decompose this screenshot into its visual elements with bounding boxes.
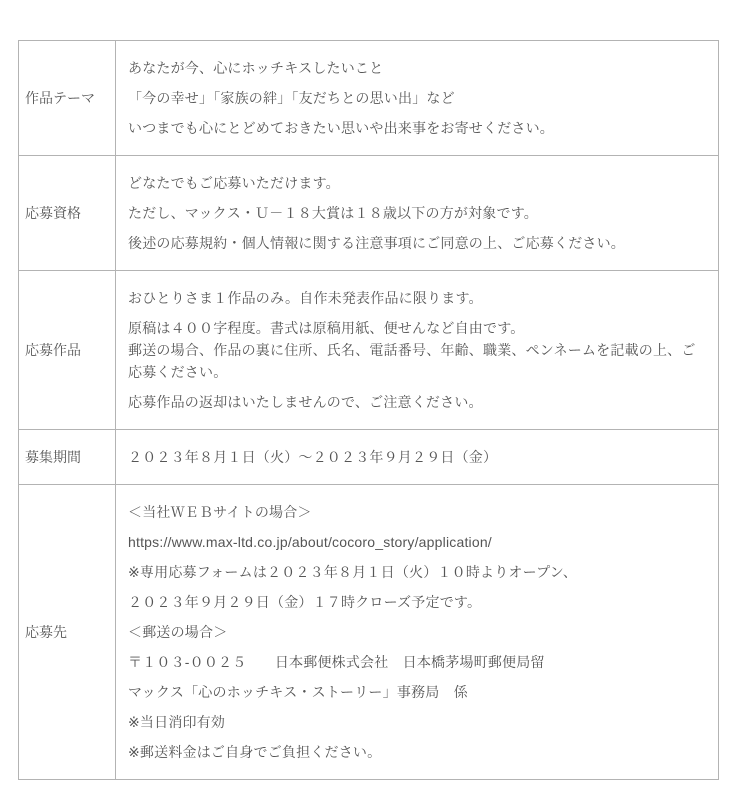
paragraph: ＜郵送の場合＞: [128, 621, 706, 643]
paragraph: おひとりさま１作品のみ。自作未発表作品に限ります。: [128, 287, 706, 309]
row-header-destination: 応募先: [19, 485, 116, 780]
application-info-table: 作品テーマ あなたが今、心にホッチキスしたいこと 「今の幸せ」「家族の絆」「友だ…: [18, 40, 719, 780]
table-row-period: 募集期間 ２０２３年８月１日（火）～２０２３年９月２９日（金）: [19, 430, 719, 485]
paragraph: ただし、マックス・Ｕ－１８大賞は１８歳以下の方が対象です。: [128, 202, 706, 224]
table-row-entry-work: 応募作品 おひとりさま１作品のみ。自作未発表作品に限ります。 原稿は４００字程度…: [19, 271, 719, 430]
table-row-destination: 応募先 ＜当社ＷＥＢサイトの場合＞ https://www.max-ltd.co…: [19, 485, 719, 780]
postal-address-line: 〒１０３-００２５ 日本郵便株式会社 日本橋茅場町郵便局留: [128, 651, 706, 673]
row-content-theme: あなたが今、心にホッチキスしたいこと 「今の幸せ」「家族の絆」「友だちとの思い出…: [116, 41, 719, 156]
paragraph: 「今の幸せ」「家族の絆」「友だちとの思い出」など: [128, 87, 706, 109]
paragraph: どなたでもご応募いただけます。: [128, 172, 706, 194]
note-line: ※郵送料金はご自身でご負担ください。: [128, 741, 706, 763]
table-row-theme: 作品テーマ あなたが今、心にホッチキスしたいこと 「今の幸せ」「家族の絆」「友だ…: [19, 41, 719, 156]
paragraph: 応募作品の返却はいたしませんので、ご注意ください。: [128, 391, 706, 413]
row-content-period: ２０２３年８月１日（火）～２０２３年９月２９日（金）: [116, 430, 719, 485]
paragraph: ２０２３年９月２９日（金）１７時クローズ予定です。: [128, 591, 706, 613]
row-content-entry-work: おひとりさま１作品のみ。自作未発表作品に限ります。 原稿は４００字程度。書式は原…: [116, 271, 719, 430]
paragraph: ２０２３年８月１日（火）～２０２３年９月２９日（金）: [128, 446, 706, 468]
row-header-period: 募集期間: [19, 430, 116, 485]
postal-address-line: マックス「心のホッチキス・ストーリー」事務局 係: [128, 681, 706, 703]
paragraph: ＜当社ＷＥＢサイトの場合＞: [128, 501, 706, 523]
application-url-text: https://www.max-ltd.co.jp/about/cocoro_s…: [128, 531, 706, 553]
paragraph: 原稿は４００字程度。書式は原稿用紙、便せんなど自由です。 郵送の場合、作品の裏に…: [128, 317, 706, 383]
row-content-destination: ＜当社ＷＥＢサイトの場合＞ https://www.max-ltd.co.jp/…: [116, 485, 719, 780]
paragraph: 後述の応募規約・個人情報に関する注意事項にご同意の上、ご応募ください。: [128, 232, 706, 254]
paragraph: ※専用応募フォームは２０２３年８月１日（火）１０時よりオープン、: [128, 561, 706, 583]
row-content-eligibility: どなたでもご応募いただけます。 ただし、マックス・Ｕ－１８大賞は１８歳以下の方が…: [116, 156, 719, 271]
row-header-theme: 作品テーマ: [19, 41, 116, 156]
row-header-eligibility: 応募資格: [19, 156, 116, 271]
note-line: ※当日消印有効: [128, 711, 706, 733]
row-header-entry-work: 応募作品: [19, 271, 116, 430]
table-row-eligibility: 応募資格 どなたでもご応募いただけます。 ただし、マックス・Ｕ－１８大賞は１８歳…: [19, 156, 719, 271]
paragraph: いつまでも心にとどめておきたい思いや出来事をお寄せください。: [128, 117, 706, 139]
paragraph: あなたが今、心にホッチキスしたいこと: [128, 57, 706, 79]
page: 作品テーマ あなたが今、心にホッチキスしたいこと 「今の幸せ」「家族の絆」「友だ…: [0, 0, 740, 780]
